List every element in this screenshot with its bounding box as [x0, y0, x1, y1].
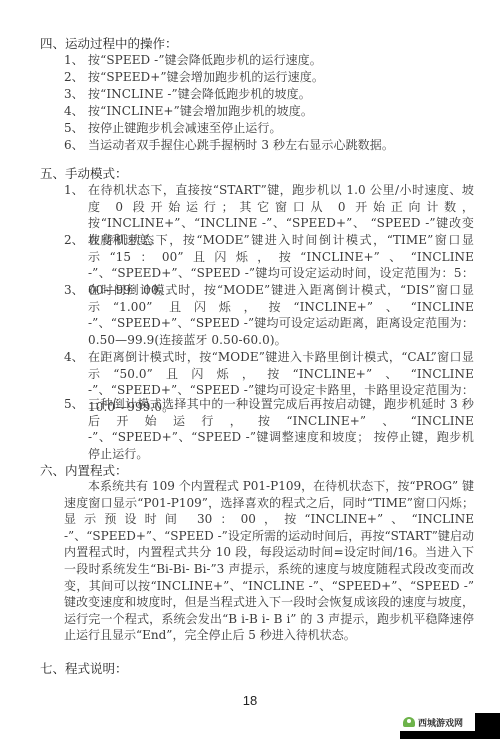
item-text: 当运动者双手握住心跳手握柄时 3 秒左右显示心跳数据。: [88, 137, 474, 154]
manual-page: 四、运动过程中的操作： 1、 按“SPEED -”键会降低跑步机的运行速度。 2…: [0, 0, 500, 739]
item-number: 4、: [64, 349, 88, 366]
item-number: 5、: [64, 396, 88, 413]
section-title-program-description: 七、程式说明：: [40, 659, 128, 677]
item-text: 在时间倒计模式时，按“MODE”键进入距离倒计模式，“DIS”窗口显示“1.00…: [88, 282, 474, 348]
list-item: 6、 当运动者双手握住心跳手握柄时 3 秒左右显示心跳数据。: [64, 137, 474, 154]
list-item: 2、 按“SPEED+”键会增加跑步机的运行速度。: [64, 69, 474, 86]
watermark-logo-icon: [403, 717, 415, 727]
programs-paragraph: 本系统共有 109 个内置程式 P01-P109，在待机状态下，按“PROG” …: [64, 478, 474, 644]
item-text: 按“INCLINE+”键会增加跑步机的坡度。: [88, 103, 474, 120]
item-number: 1、: [64, 182, 88, 199]
section-title-built-in-programs: 六、内置程式：: [40, 461, 128, 479]
watermark-text: 西城游戏网: [418, 716, 463, 729]
list-item: 5、 按停止键跑步机会减速至停止运行。: [64, 120, 474, 137]
item-text: 三种倒计模式选择其中的一种设置完成后再按启动键，跑步机延时 3 秒后开始运行，按…: [88, 396, 474, 462]
item-number: 4、: [64, 103, 88, 120]
item-text: 按“INCLINE -”键会降低跑步机的坡度。: [88, 86, 474, 103]
list-item: 4、 按“INCLINE+”键会增加跑步机的坡度。: [64, 103, 474, 120]
list-item: 1、 按“SPEED -”键会降低跑步机的运行速度。: [64, 52, 474, 69]
item-text: 按“SPEED+”键会增加跑步机的运行速度。: [88, 69, 474, 86]
item-number: 3、: [64, 86, 88, 103]
item-number: 1、: [64, 52, 88, 69]
list-item: 5、 三种倒计模式选择其中的一种设置完成后再按启动键，跑步机延时 3 秒后开始运…: [64, 396, 474, 462]
item-number: 3、: [64, 282, 88, 299]
item-number: 5、: [64, 120, 88, 137]
section-title-manual-mode: 五、手动模式：: [40, 164, 128, 182]
programs-paragraph-text: 本系统共有 109 个内置程式 P01-P109，在待机状态下，按“PROG” …: [64, 479, 474, 642]
item-number: 2、: [64, 69, 88, 86]
item-text: 按“SPEED -”键会降低跑步机的运行速度。: [88, 52, 474, 69]
list-item: 3、 按“INCLINE -”键会降低跑步机的坡度。: [64, 86, 474, 103]
item-number: 2、: [64, 232, 88, 249]
list-item: 3、 在时间倒计模式时，按“MODE”键进入距离倒计模式，“DIS”窗口显示“1…: [64, 282, 474, 348]
item-number: 6、: [64, 137, 88, 154]
item-text: 按停止键跑步机会减速至停止运行。: [88, 120, 474, 137]
watermark: 西城游戏网: [400, 713, 500, 739]
section-title-operations: 四、运动过程中的操作：: [40, 34, 178, 52]
page-number: 18: [0, 693, 500, 708]
